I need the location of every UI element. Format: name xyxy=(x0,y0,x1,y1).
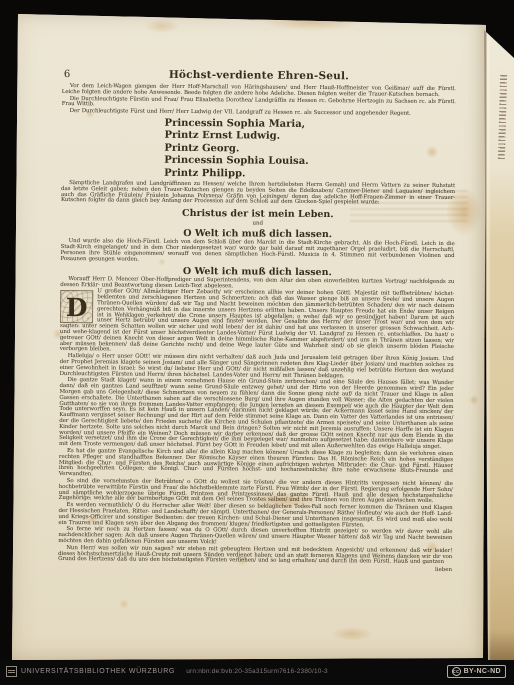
paragraph-thanksgiving: Nun Herr/ was sollen wir nun sagen? wir … xyxy=(58,546,452,566)
viewer-footer-bar: UNIVERSITÄTSBIBLIOTHEK WÜRZBURG urn:nbn:… xyxy=(0,660,514,685)
page-header: 6 Höchst-verdiente Ehren-Seul. xyxy=(62,68,456,84)
cc-license-badge[interactable]: cc BY-NC-ND xyxy=(447,665,506,678)
adjacent-page-text-sliver xyxy=(498,75,507,161)
cc-license-label: BY-NC-ND xyxy=(464,668,501,675)
paragraph-procession-2: Sämptliche Landgrafen und Landgräffinnen… xyxy=(61,181,455,207)
scanned-page: 6 Höchst-verdiente Ehren-Seul. Vor dem L… xyxy=(12,12,486,660)
paragraph-bereaved-family: So sind die vornehmsten der Betrübten/ o… xyxy=(59,479,453,505)
name-item: Printz Philipp. xyxy=(164,167,455,182)
paragraph-church: Und wurde also die Hoch-Fürstl. Leich vo… xyxy=(60,239,454,265)
lament-text: U großer GOtt/ Allmächtiger Herr Zebaoth… xyxy=(60,289,454,353)
princely-names-list: Princessin Sophia Maria, Printz Ernst Lu… xyxy=(164,118,455,182)
urn-identifier: urn:nbn:de:bvb:20-35a315urm7616-2380/10-… xyxy=(0,668,514,675)
paragraph-halleluja: Halleluja/ o Herr unser GOtt! wir müssen… xyxy=(60,354,454,380)
paragraph-estates: Es werden vermuthlich/ O du Herrscher al… xyxy=(58,503,452,529)
paragraph-mourning-land: Die gantze Stadt klaget/ wann in einem v… xyxy=(59,378,454,451)
book-fore-edge xyxy=(484,24,514,662)
paragraph-church-mourns: Es hat die gantze Evangelische Kirch und… xyxy=(59,449,453,481)
ornate-initial: D xyxy=(60,290,93,323)
paragraph-successor: Der Durchleuchtigste Fürst und Herr/ Her… xyxy=(62,109,456,118)
page-number: 6 xyxy=(64,69,70,80)
cc-icon: cc xyxy=(452,667,461,676)
running-header: Höchst-verdiente Ehren-Seul. xyxy=(62,68,456,83)
paragraph-lament: DU großer GOtt/ Allmächtiger Herr Zebaot… xyxy=(60,289,454,356)
scan-viewer: 6 Höchst-verdiente Ehren-Seul. Vor dem L… xyxy=(0,0,514,685)
page-text-column: 6 Höchst-verdiente Ehren-Seul. Vor dem L… xyxy=(58,68,456,573)
